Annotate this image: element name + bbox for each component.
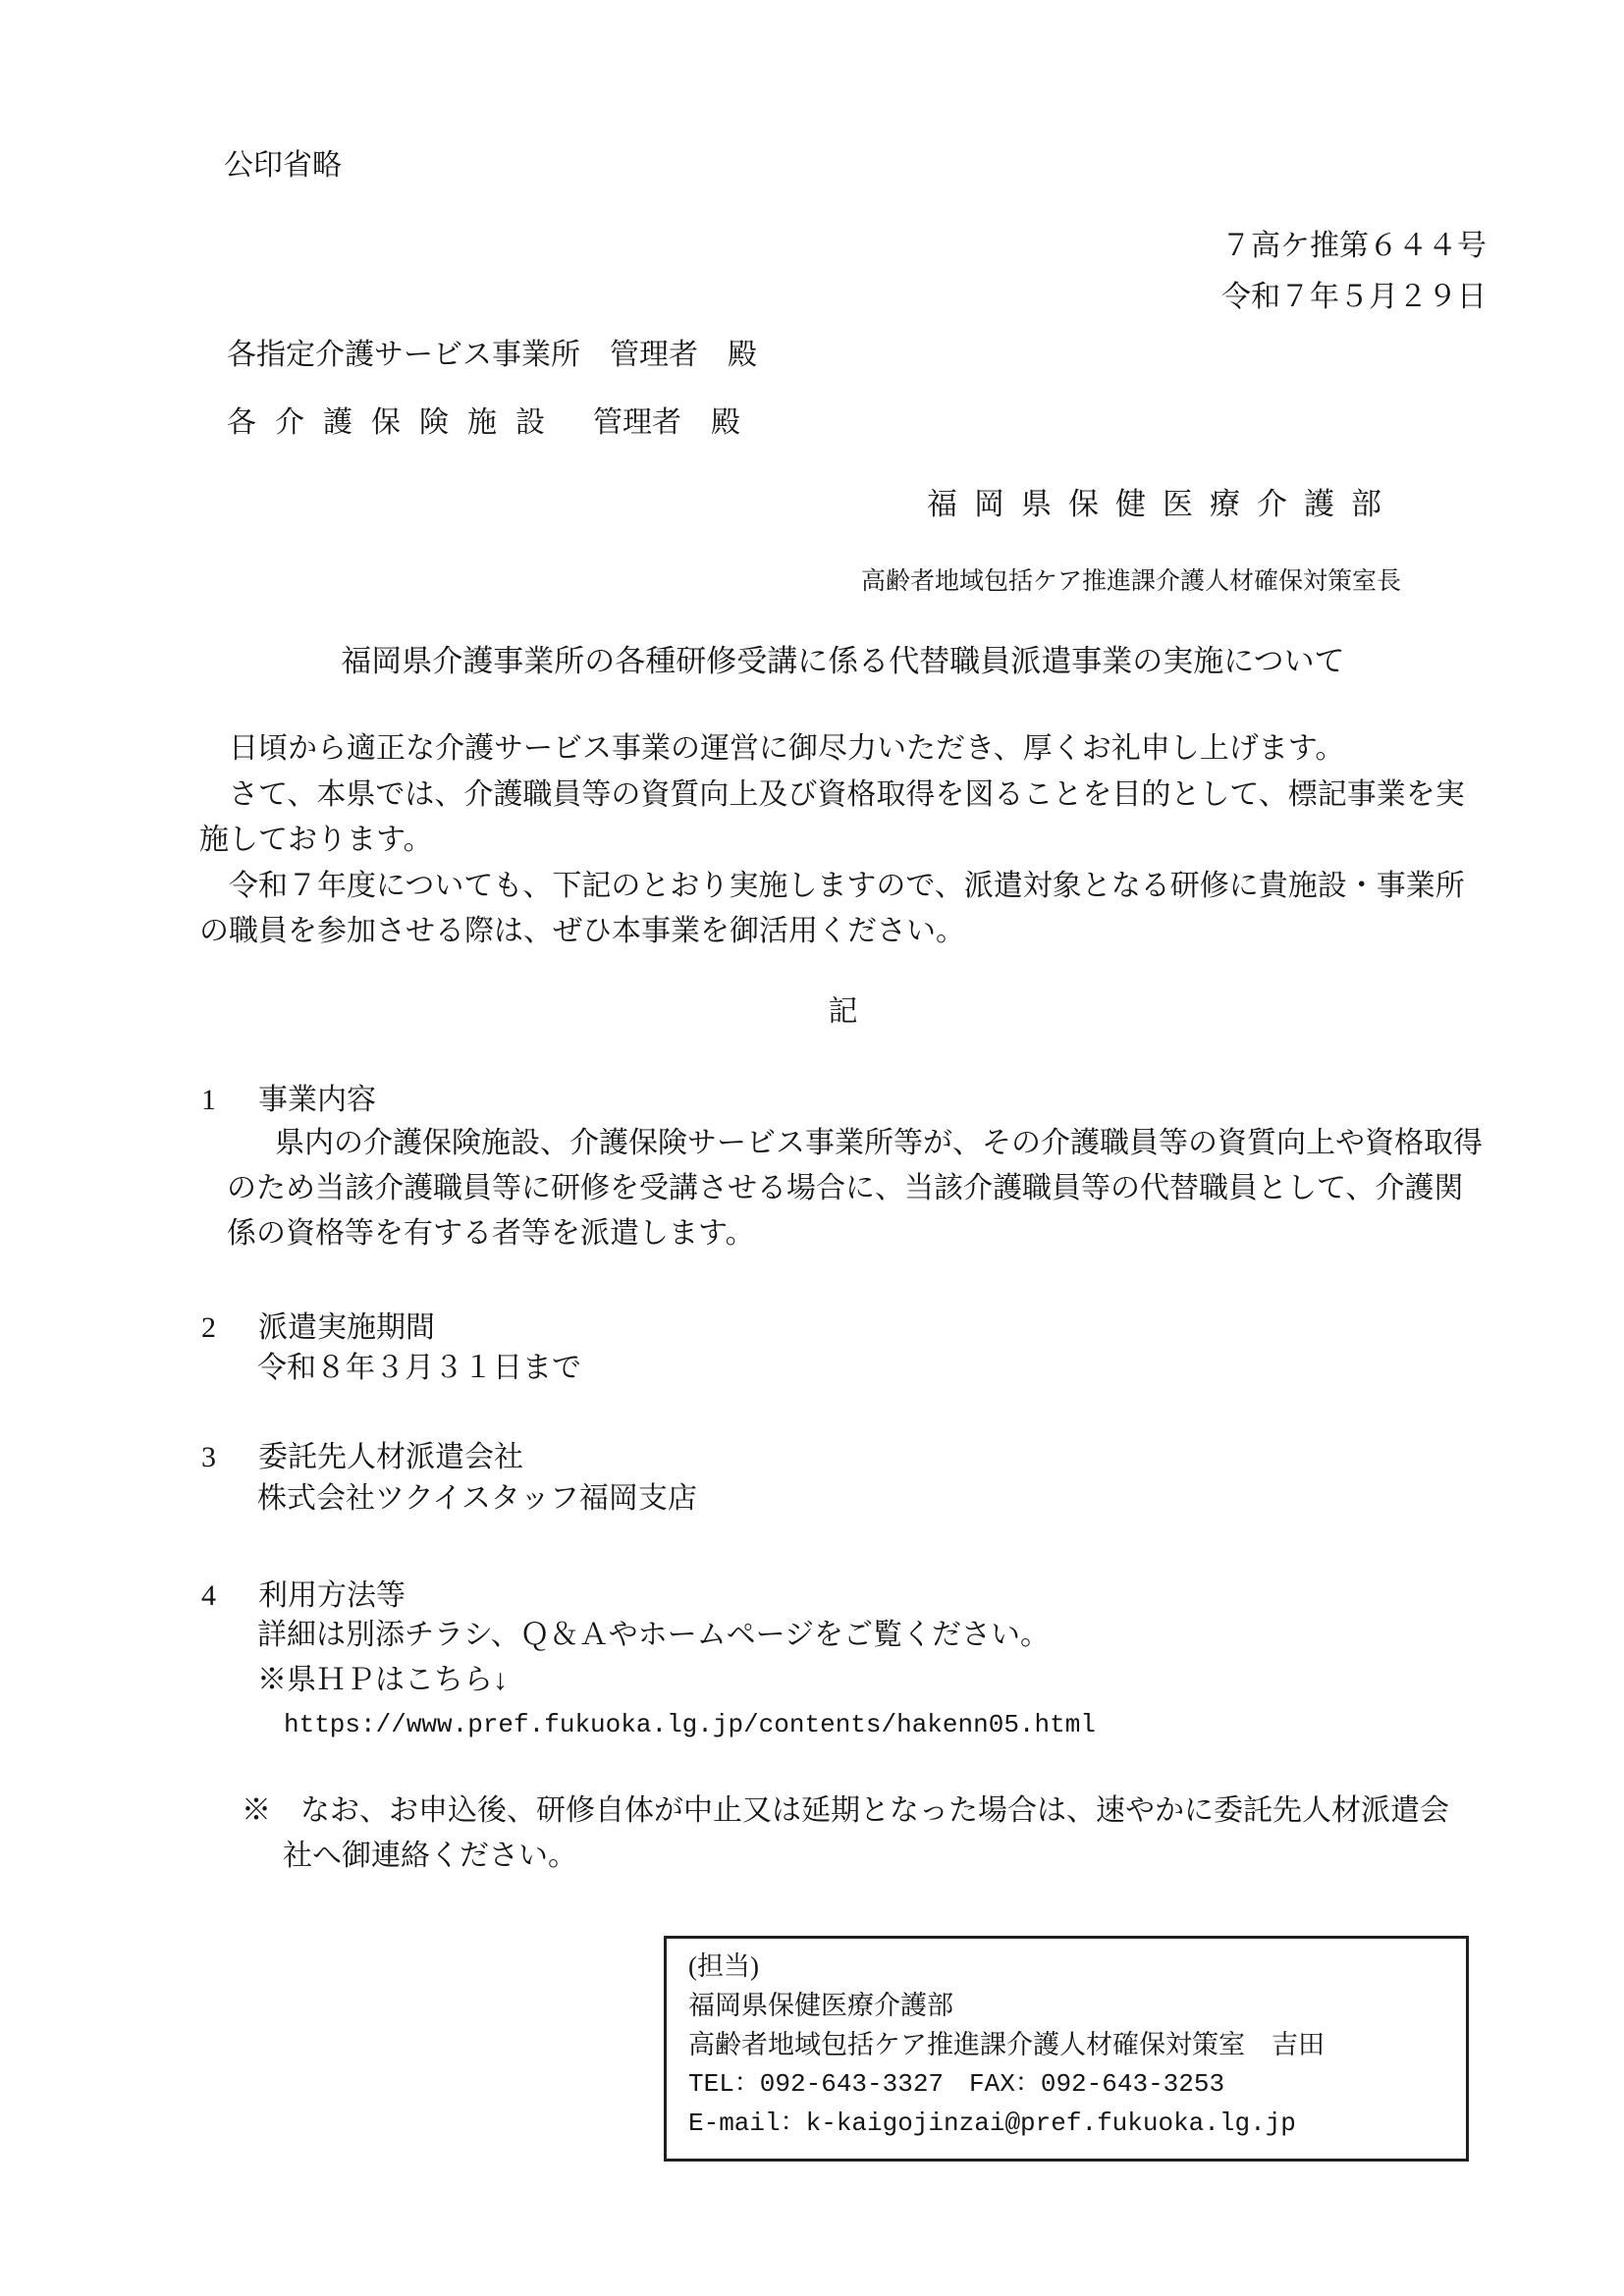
section-1-number: 1 (201, 1084, 258, 1117)
section-3-heading: 3委託先人材派遣会社 (201, 1432, 523, 1475)
section-2-body: 令和８年３月３１日まで (257, 1346, 581, 1391)
seal-omitted-note: 公印省略 (224, 140, 342, 184)
section-1-line: 係の資格等を有する者等を派遣します。 (227, 1211, 1483, 1256)
contact-tel-fax: TEL：092-643-3327 FAX：092-643-3253 (688, 2064, 1466, 2104)
body-line: さて、本県では、介護職員等の資質向上及び資格取得を図ることを目的として、標記事業… (199, 773, 1465, 819)
contact-box: (担当) 福岡県保健医療介護部 高齢者地域包括ケア推進課介護人材確保対策室 吉田… (664, 1936, 1469, 2162)
section-1-line: 県内の介護保険施設、介護保険サービス事業所等が、その介護職員等の資質向上や資格取… (227, 1121, 1483, 1166)
section-4-heading-label: 利用方法等 (258, 1579, 406, 1612)
section-1-body: 県内の介護保険施設、介護保険サービス事業所等が、その介護職員等の資質向上や資格取… (227, 1121, 1483, 1256)
sender-office-title: 高齢者地域包括ケア推進課介護人材確保対策室長 (861, 561, 1401, 597)
document-title: 福岡県介護事業所の各種研修受講に係る代替職員派遣事業の実施について (199, 636, 1487, 680)
addressee-line-1: 各指定介護サービス事業所 管理者 殿 (227, 338, 757, 373)
section-1-heading: 1事業内容 (201, 1075, 376, 1118)
section-1-line: のため当該介護職員等に研修を受講させる場合に、当該介護職員等の代替職員として、介… (227, 1166, 1483, 1211)
body-line: の職員を参加させる際は、ぜひ本事業を御活用ください。 (199, 909, 1465, 955)
contact-office: 高齢者地域包括ケア推進課介護人材確保対策室 吉田 (688, 2025, 1466, 2064)
section-3-number: 3 (201, 1441, 258, 1474)
section-3-body: 株式会社ツクイスタッフ福岡支店 (257, 1476, 697, 1522)
official-document-page: 公印省略 ７高ケ推第６４４号 令和７年５月２９日 各指定介護サービス事業所 管理… (0, 0, 1624, 2296)
section-4-body: 詳細は別添チラシ、Ｑ＆Ａやホームページをご覧ください。 ※県ＨＰはこちら↓ (257, 1613, 1050, 1703)
section-3-heading-label: 委託先人材派遣会社 (258, 1441, 523, 1473)
contact-department: 福岡県保健医療介護部 (688, 1986, 1466, 2025)
prefecture-hp-url: https://www.pref.fukuoka.lg.jp/contents/… (284, 1710, 1096, 1739)
note-line: ※ なお、お申込後、研修自体が中止又は延期となった場合は、速やかに委託先人材派遣… (242, 1789, 1449, 1834)
body-paragraphs: 日頃から適正な介護サービス事業の運営に御尽力いただき、厚くお礼申し上げます。 さ… (199, 726, 1465, 955)
addressee-line-2: 各介護保険施設 管理者 殿 (227, 405, 740, 441)
section-1-heading-label: 事業内容 (258, 1084, 376, 1116)
section-2-line: 令和８年３月３１日まで (257, 1346, 581, 1391)
section-4-heading: 4利用方法等 (201, 1571, 406, 1614)
body-line: 施しております。 (199, 818, 1465, 864)
record-marker: 記 (199, 987, 1487, 1030)
note-line: 社へ御連絡ください。 (242, 1834, 1449, 1879)
section-2-heading: 2派遣実施期間 (201, 1303, 435, 1346)
contact-email: E-mail：k-kaigojinzai@pref.fukuoka.lg.jp (688, 2104, 1466, 2143)
addressee-line-2-rest: 管理者 殿 (564, 406, 740, 439)
section-3-line: 株式会社ツクイスタッフ福岡支店 (257, 1476, 697, 1522)
body-line: 令和７年度についても、下記のとおり実施しますので、派遣対象となる研修に貴施設・事… (199, 864, 1465, 910)
cancellation-note: ※ なお、お申込後、研修自体が中止又は延期となった場合は、速やかに委託先人材派遣… (242, 1789, 1449, 1879)
document-date: 令和７年５月２９日 (1221, 272, 1487, 323)
section-2-heading-label: 派遣実施期間 (258, 1311, 435, 1344)
document-number: ７高ケ推第６４４号 (1221, 221, 1487, 272)
section-4-line: 詳細は別添チラシ、Ｑ＆Ａやホームページをご覧ください。 (257, 1613, 1050, 1658)
addressee-line-2-spread: 各介護保険施設 (227, 406, 564, 439)
contact-label: (担当) (688, 1947, 1466, 1986)
section-4-line: ※県ＨＰはこちら↓ (257, 1658, 1050, 1703)
body-line: 日頃から適正な介護サービス事業の運営に御尽力いただき、厚くお礼申し上げます。 (199, 726, 1465, 773)
reference-block: ７高ケ推第６４４号 令和７年５月２９日 (1221, 221, 1487, 323)
section-2-number: 2 (201, 1311, 258, 1345)
sender-department: 福岡県保健医療介護部 (927, 479, 1398, 523)
section-4-number: 4 (201, 1579, 258, 1613)
